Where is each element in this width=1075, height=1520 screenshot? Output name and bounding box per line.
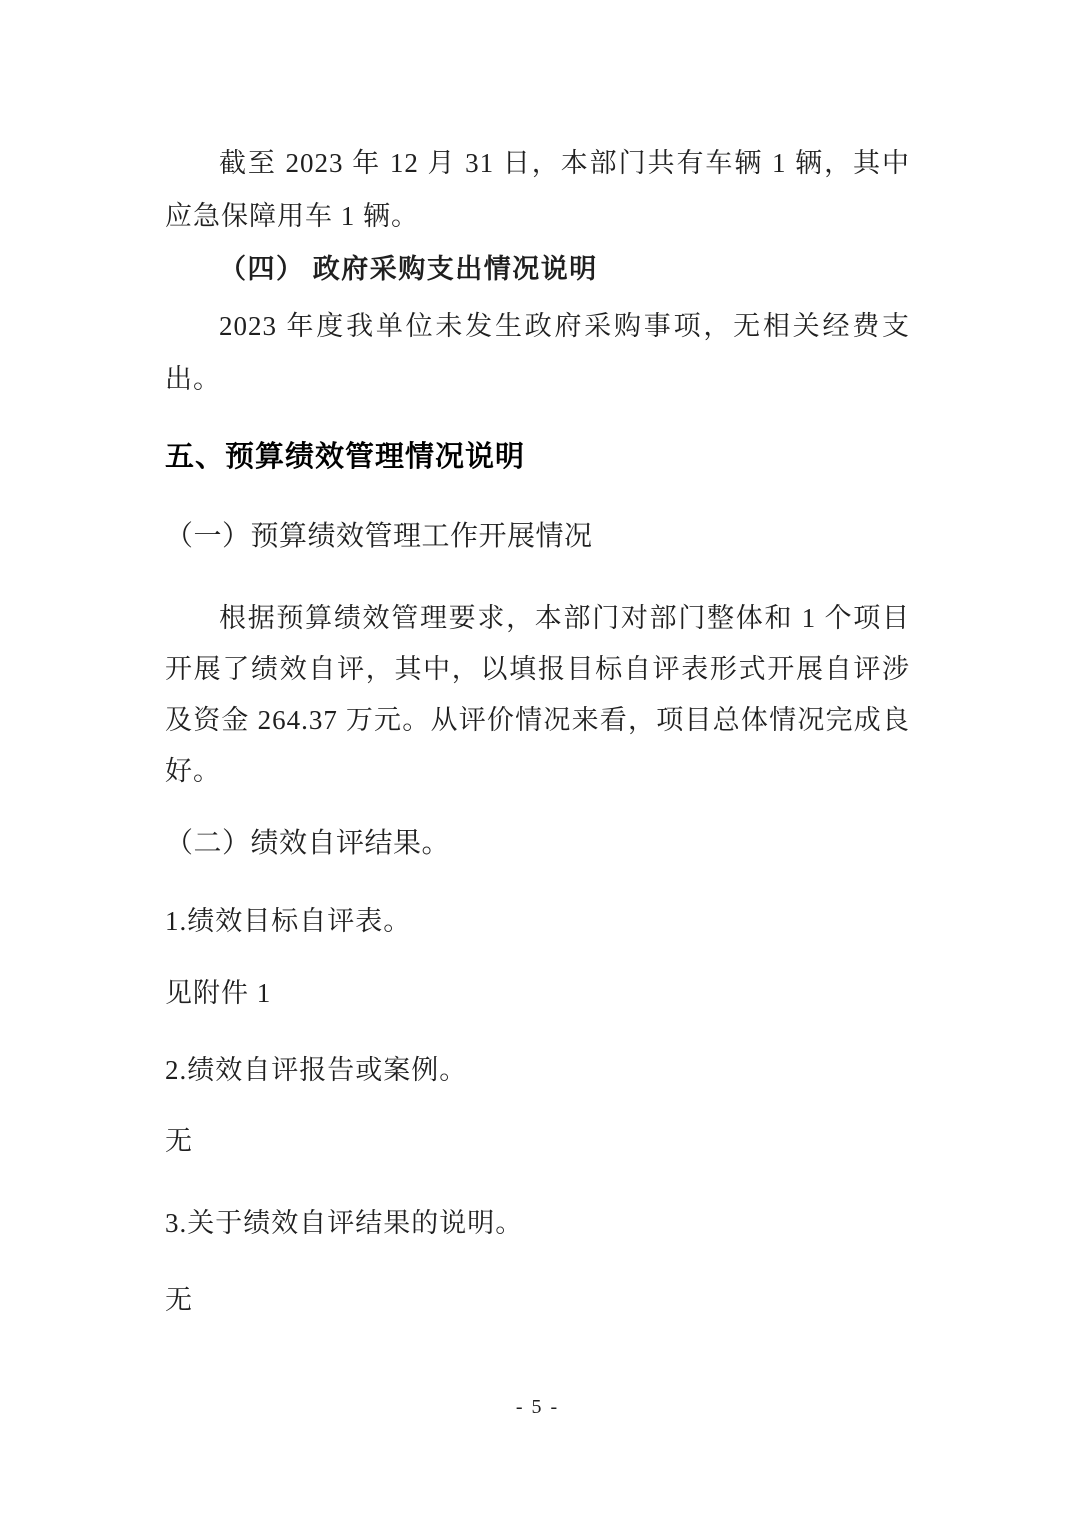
item-performance-target-table: 1.绩效目标自评表。 xyxy=(165,895,910,948)
paragraph-vehicle-count: 截至 2023 年 12 月 31 日，本部门共有车辆 1 辆，其中应急保障用车… xyxy=(165,137,910,243)
item-results-explanation: 3.关于绩效自评结果的说明。 xyxy=(165,1197,910,1250)
heading-government-procurement: （四） 政府采购支出情况说明 xyxy=(165,243,910,296)
heading-budget-performance-section: 五、预算绩效管理情况说明 xyxy=(165,429,910,486)
paragraph-self-evaluation: 根据预算绩效管理要求，本部门对部门整体和 1 个项目开展了绩效自评，其中，以填报… xyxy=(165,593,910,797)
paragraph-procurement-statement: 2023 年度我单位未发生政府采购事项，无相关经费支出。 xyxy=(165,300,910,406)
item-self-evaluation-report: 2.绩效自评报告或案例。 xyxy=(165,1044,910,1097)
line-none-2: 无 xyxy=(165,1274,910,1327)
heading-self-evaluation-results: （二）绩效自评结果。 xyxy=(165,817,910,870)
page-number: - 5 - xyxy=(0,1392,1075,1422)
heading-performance-work: （一）预算绩效管理工作开展情况 xyxy=(165,510,910,563)
line-see-attachment: 见附件 1 xyxy=(165,967,910,1020)
line-none-1: 无 xyxy=(165,1115,910,1168)
document-page: 截至 2023 年 12 月 31 日，本部门共有车辆 1 辆，其中应急保障用车… xyxy=(0,0,1075,1520)
